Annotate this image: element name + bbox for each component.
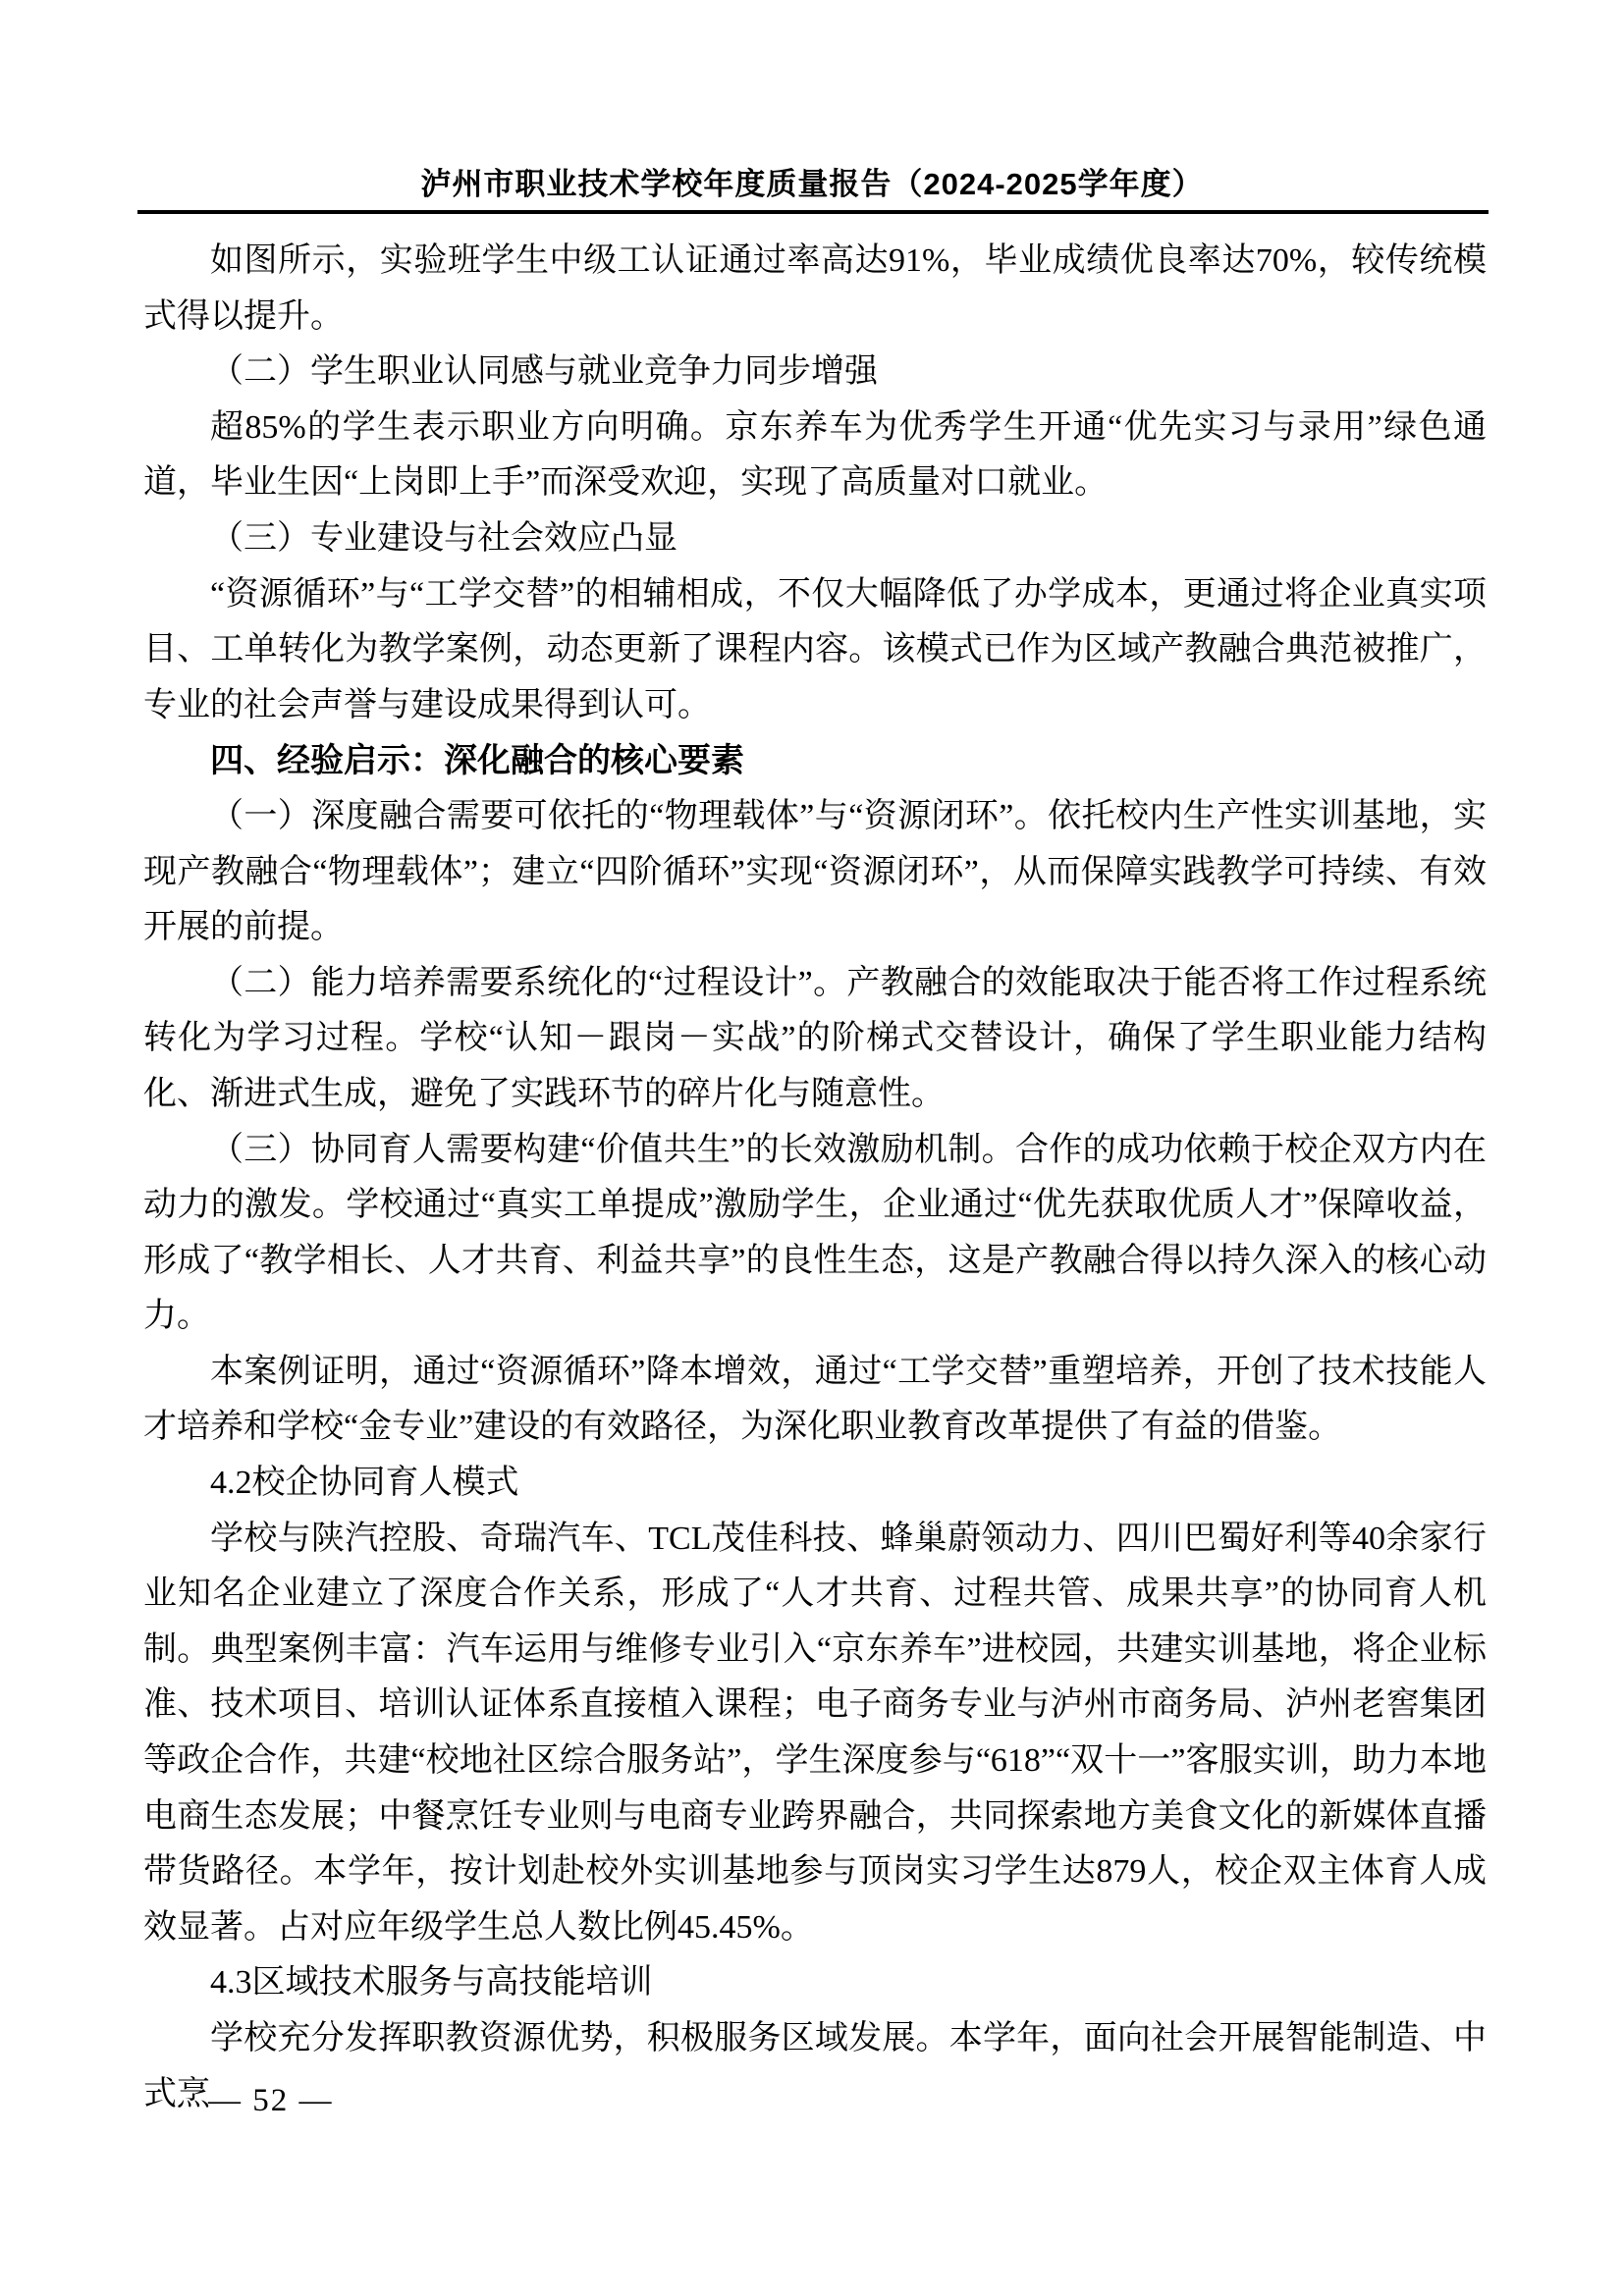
- paragraph: 学校与陕汽控股、奇瑞汽车、TCL茂佳科技、蜂巢蔚领动力、四川巴蜀好利等40余家行…: [143, 1512, 1487, 1956]
- document-page: 泸州市职业技术学校年度质量报告（2024-2025学年度） 如图所示，实验班学生…: [0, 0, 1624, 2296]
- section-heading: 四、经验启示：深化融合的核心要素: [143, 733, 1487, 789]
- page-number: — 52 —: [208, 2083, 334, 2119]
- document-body: 如图所示，实验班学生中级工认证通过率高达91%，毕业成绩优良率达70%，较传统模…: [143, 234, 1487, 2122]
- paragraph: 超85%的学生表示职业方向明确。京东养车为优秀学生开通“优先实习与录用”绿色通道…: [143, 400, 1487, 511]
- paragraph: （一）深度融合需要可依托的“物理载体”与“资源闭环”。依托校内生产性实训基地，实…: [143, 789, 1487, 956]
- paragraph: 如图所示，实验班学生中级工认证通过率高达91%，毕业成绩优良率达70%，较传统模…: [143, 234, 1487, 345]
- section-subheading: （二）学生职业认同感与就业竞争力同步增强: [143, 345, 1487, 400]
- section-subheading: （三）专业建设与社会效应凸显: [143, 511, 1487, 567]
- numbered-subheading: 4.2校企协同育人模式: [143, 1456, 1487, 1512]
- paragraph: “资源循环”与“工学交替”的相辅相成，不仅大幅降低了办学成本，更通过将企业真实项…: [143, 567, 1487, 734]
- paragraph: 本案例证明，通过“资源循环”降本增效，通过“工学交替”重塑培养，开创了技术技能人…: [143, 1345, 1487, 1456]
- page-header-title: 泸州市职业技术学校年度质量报告（2024-2025学年度）: [0, 159, 1624, 203]
- paragraph: （三）协同育人需要构建“价值共生”的长效激励机制。合作的成功依赖于校企双方内在动…: [143, 1123, 1487, 1345]
- paragraph: （二）能力培养需要系统化的“过程设计”。产教融合的效能取决于能否将工作过程系统转…: [143, 956, 1487, 1123]
- paragraph: 学校充分发挥职教资源优势，积极服务区域发展。本学年，面向社会开展智能制造、中式烹: [143, 2011, 1487, 2122]
- header-rule: [137, 210, 1489, 214]
- numbered-subheading: 4.3区域技术服务与高技能培训: [143, 1955, 1487, 2011]
